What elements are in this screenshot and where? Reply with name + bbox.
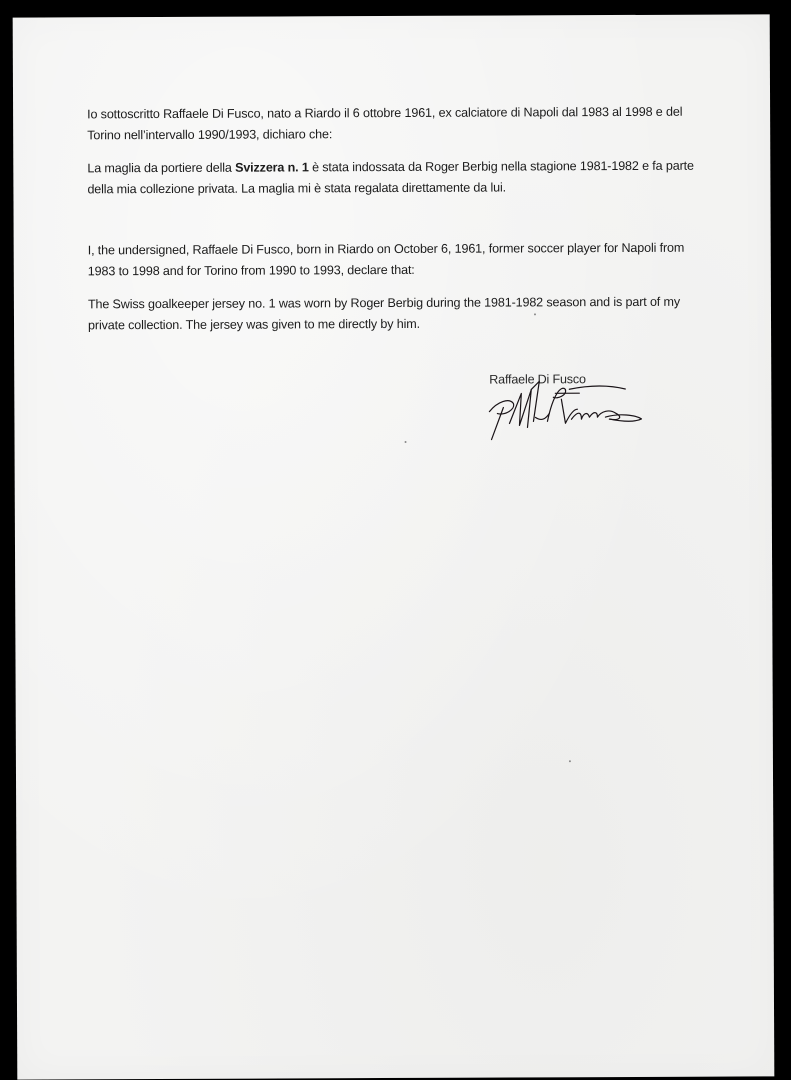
italian-statement-text: La maglia da portiere della Svizzera n. … (87, 156, 707, 201)
italian-statement-bold: Svizzera n. 1 (235, 160, 309, 174)
paper-sheet: Io sottoscritto Raffaele Di Fusco, nato … (13, 14, 775, 1079)
english-intro-paragraph: I, the undersigned, Raffaele Di Fusco, b… (88, 238, 708, 283)
paper-speck (405, 441, 407, 443)
english-statement-paragraph: The Swiss goalkeeper jersey no. 1 was wo… (88, 292, 708, 337)
handwritten-signature-icon (469, 363, 659, 444)
paper-speck (569, 760, 571, 762)
scanned-document: Io sottoscritto Raffaele Di Fusco, nato … (0, 0, 791, 1080)
italian-statement-prefix: La maglia da portiere della (87, 161, 235, 176)
english-intro-text: I, the undersigned, Raffaele Di Fusco, b… (88, 238, 708, 283)
signature-block: Raffaele Di Fusco (469, 363, 659, 444)
italian-intro-paragraph: Io sottoscritto Raffaele Di Fusco, nato … (87, 102, 707, 147)
italian-intro-text: Io sottoscritto Raffaele Di Fusco, nato … (87, 102, 707, 147)
paper-speck (534, 313, 536, 315)
italian-statement-paragraph: La maglia da portiere della Svizzera n. … (87, 156, 707, 201)
english-statement-text: The Swiss goalkeeper jersey no. 1 was wo… (88, 292, 708, 337)
